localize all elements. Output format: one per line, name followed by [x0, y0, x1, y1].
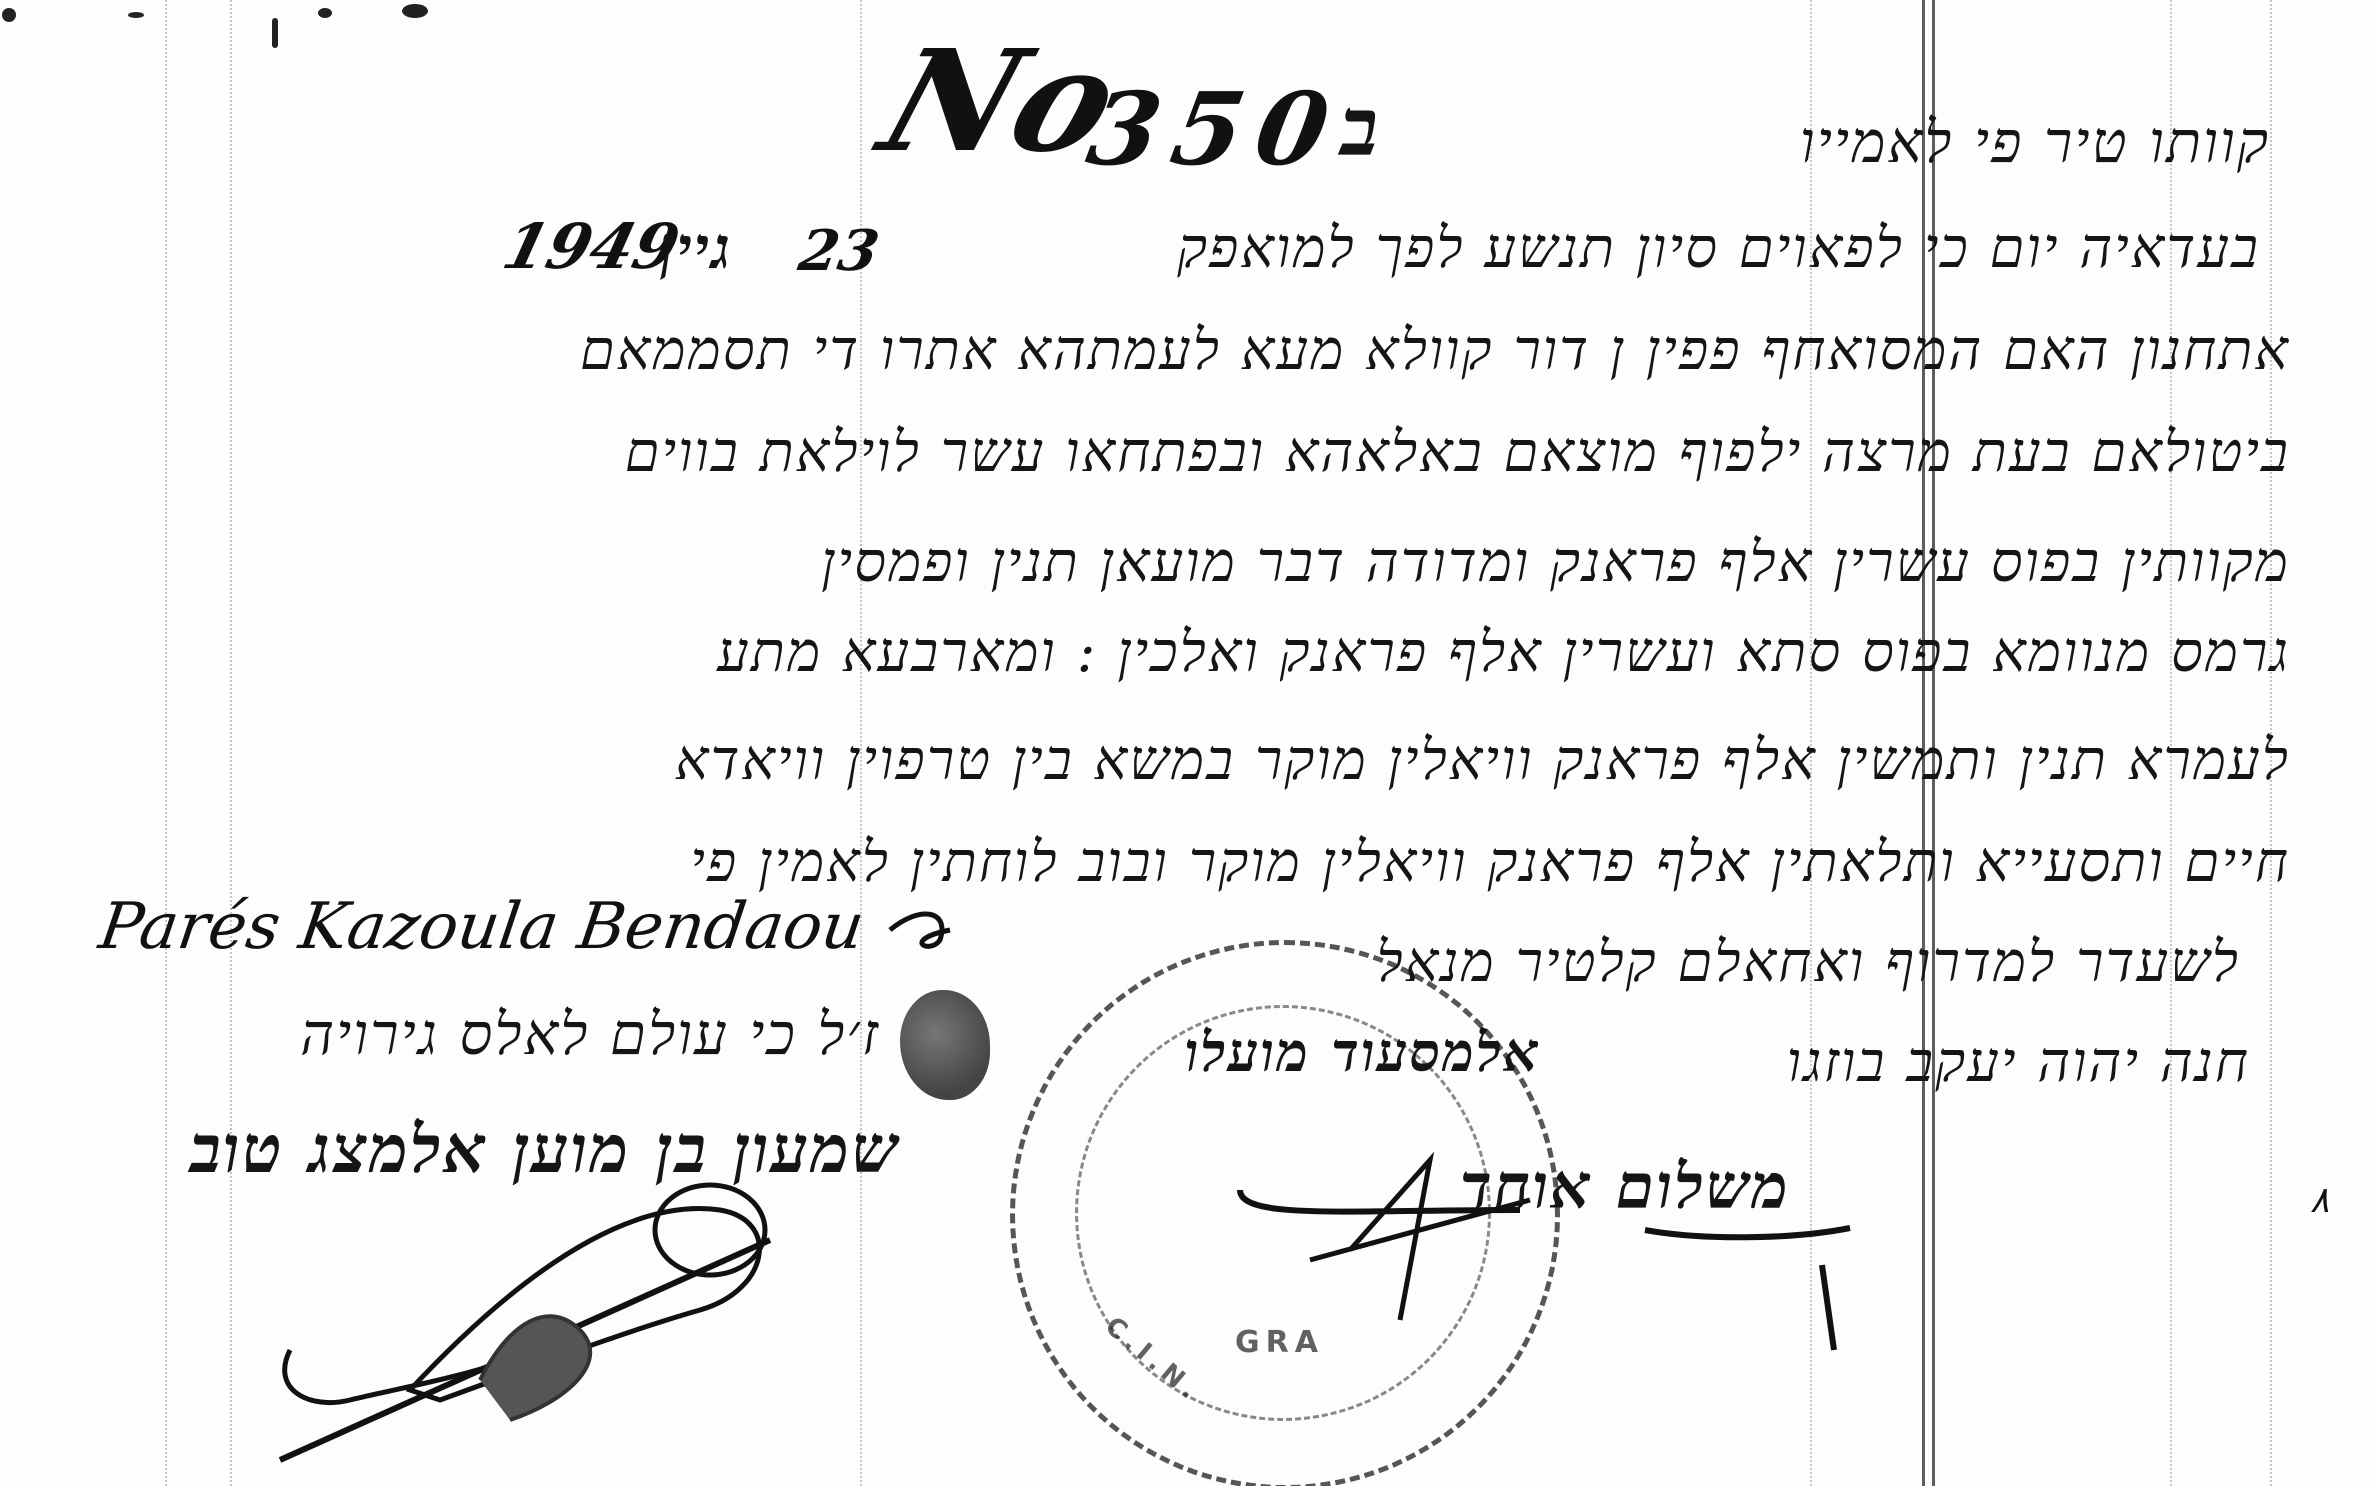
document-number: 350 [1080, 70, 1352, 188]
body-line-5: גרמס מנוומא בפוס סתא ועשרין אלף פראנק וא… [717, 620, 2290, 685]
margin-stroke [1812, 1260, 1842, 1360]
body-line-6: לעמרא תנין ותמשין אלף פראנק וויאלין מוקר… [675, 728, 2290, 793]
signature-flourish [880, 900, 960, 960]
document-page: No 350 ב קוותו טיר פי לאמייו 1949 גיין 2… [0, 0, 2370, 1486]
signature-right-underline [1640, 1210, 1860, 1250]
date-day: 23 [794, 218, 884, 284]
body-line-2: אתחנון האם המסואחף פפין ן דור קוולא מעא … [580, 318, 2290, 383]
ink-speck [272, 18, 278, 48]
paper-rule [230, 0, 232, 1486]
margin-mark: ٨ [2310, 1180, 2329, 1221]
wax-seal [900, 990, 990, 1100]
body-line-3: ביטולאם בעת מרצה ילפוף מוצאם באלאהא ובפת… [625, 420, 2290, 485]
stamp-overlay-signature: אלמסעוד מועלו [1100, 1020, 1540, 1084]
date-month: גיין [660, 214, 732, 282]
document-number-suffix: ב [1339, 80, 1380, 175]
date-year: 1949 [496, 210, 687, 283]
body-line-4: מקוותין בפוס עשרין אלף פראנק ומדודה דבר … [821, 530, 2290, 595]
latin-signature: Parés Kazoula Bendaou [95, 890, 869, 964]
ink-speck [318, 8, 332, 18]
witness-line: ז׳ל כי עולם לאלס גירויה [0, 1000, 880, 1068]
document-title-line: קוותו טיר פי לאמייו [1800, 108, 2270, 176]
ink-speck [128, 12, 144, 18]
paper-rule [165, 0, 167, 1486]
body-line-7: חיים ותסעייא ותלאתין אלף פראנק וויאלין מ… [690, 830, 2290, 895]
ink-speck [2, 8, 16, 22]
body-line-1: בעדאיה יום כי לפאוים סיון תנשע לפך למואפ… [1177, 216, 2260, 281]
body-line-9: חנה יהוה יעקב בוזגו [1787, 1030, 2250, 1095]
ink-speck [402, 4, 428, 18]
scribble-signature [250, 1160, 810, 1480]
body-line-8: לשעדר למדרוף ואחאלם קלטיר מנאל [1377, 930, 2241, 995]
